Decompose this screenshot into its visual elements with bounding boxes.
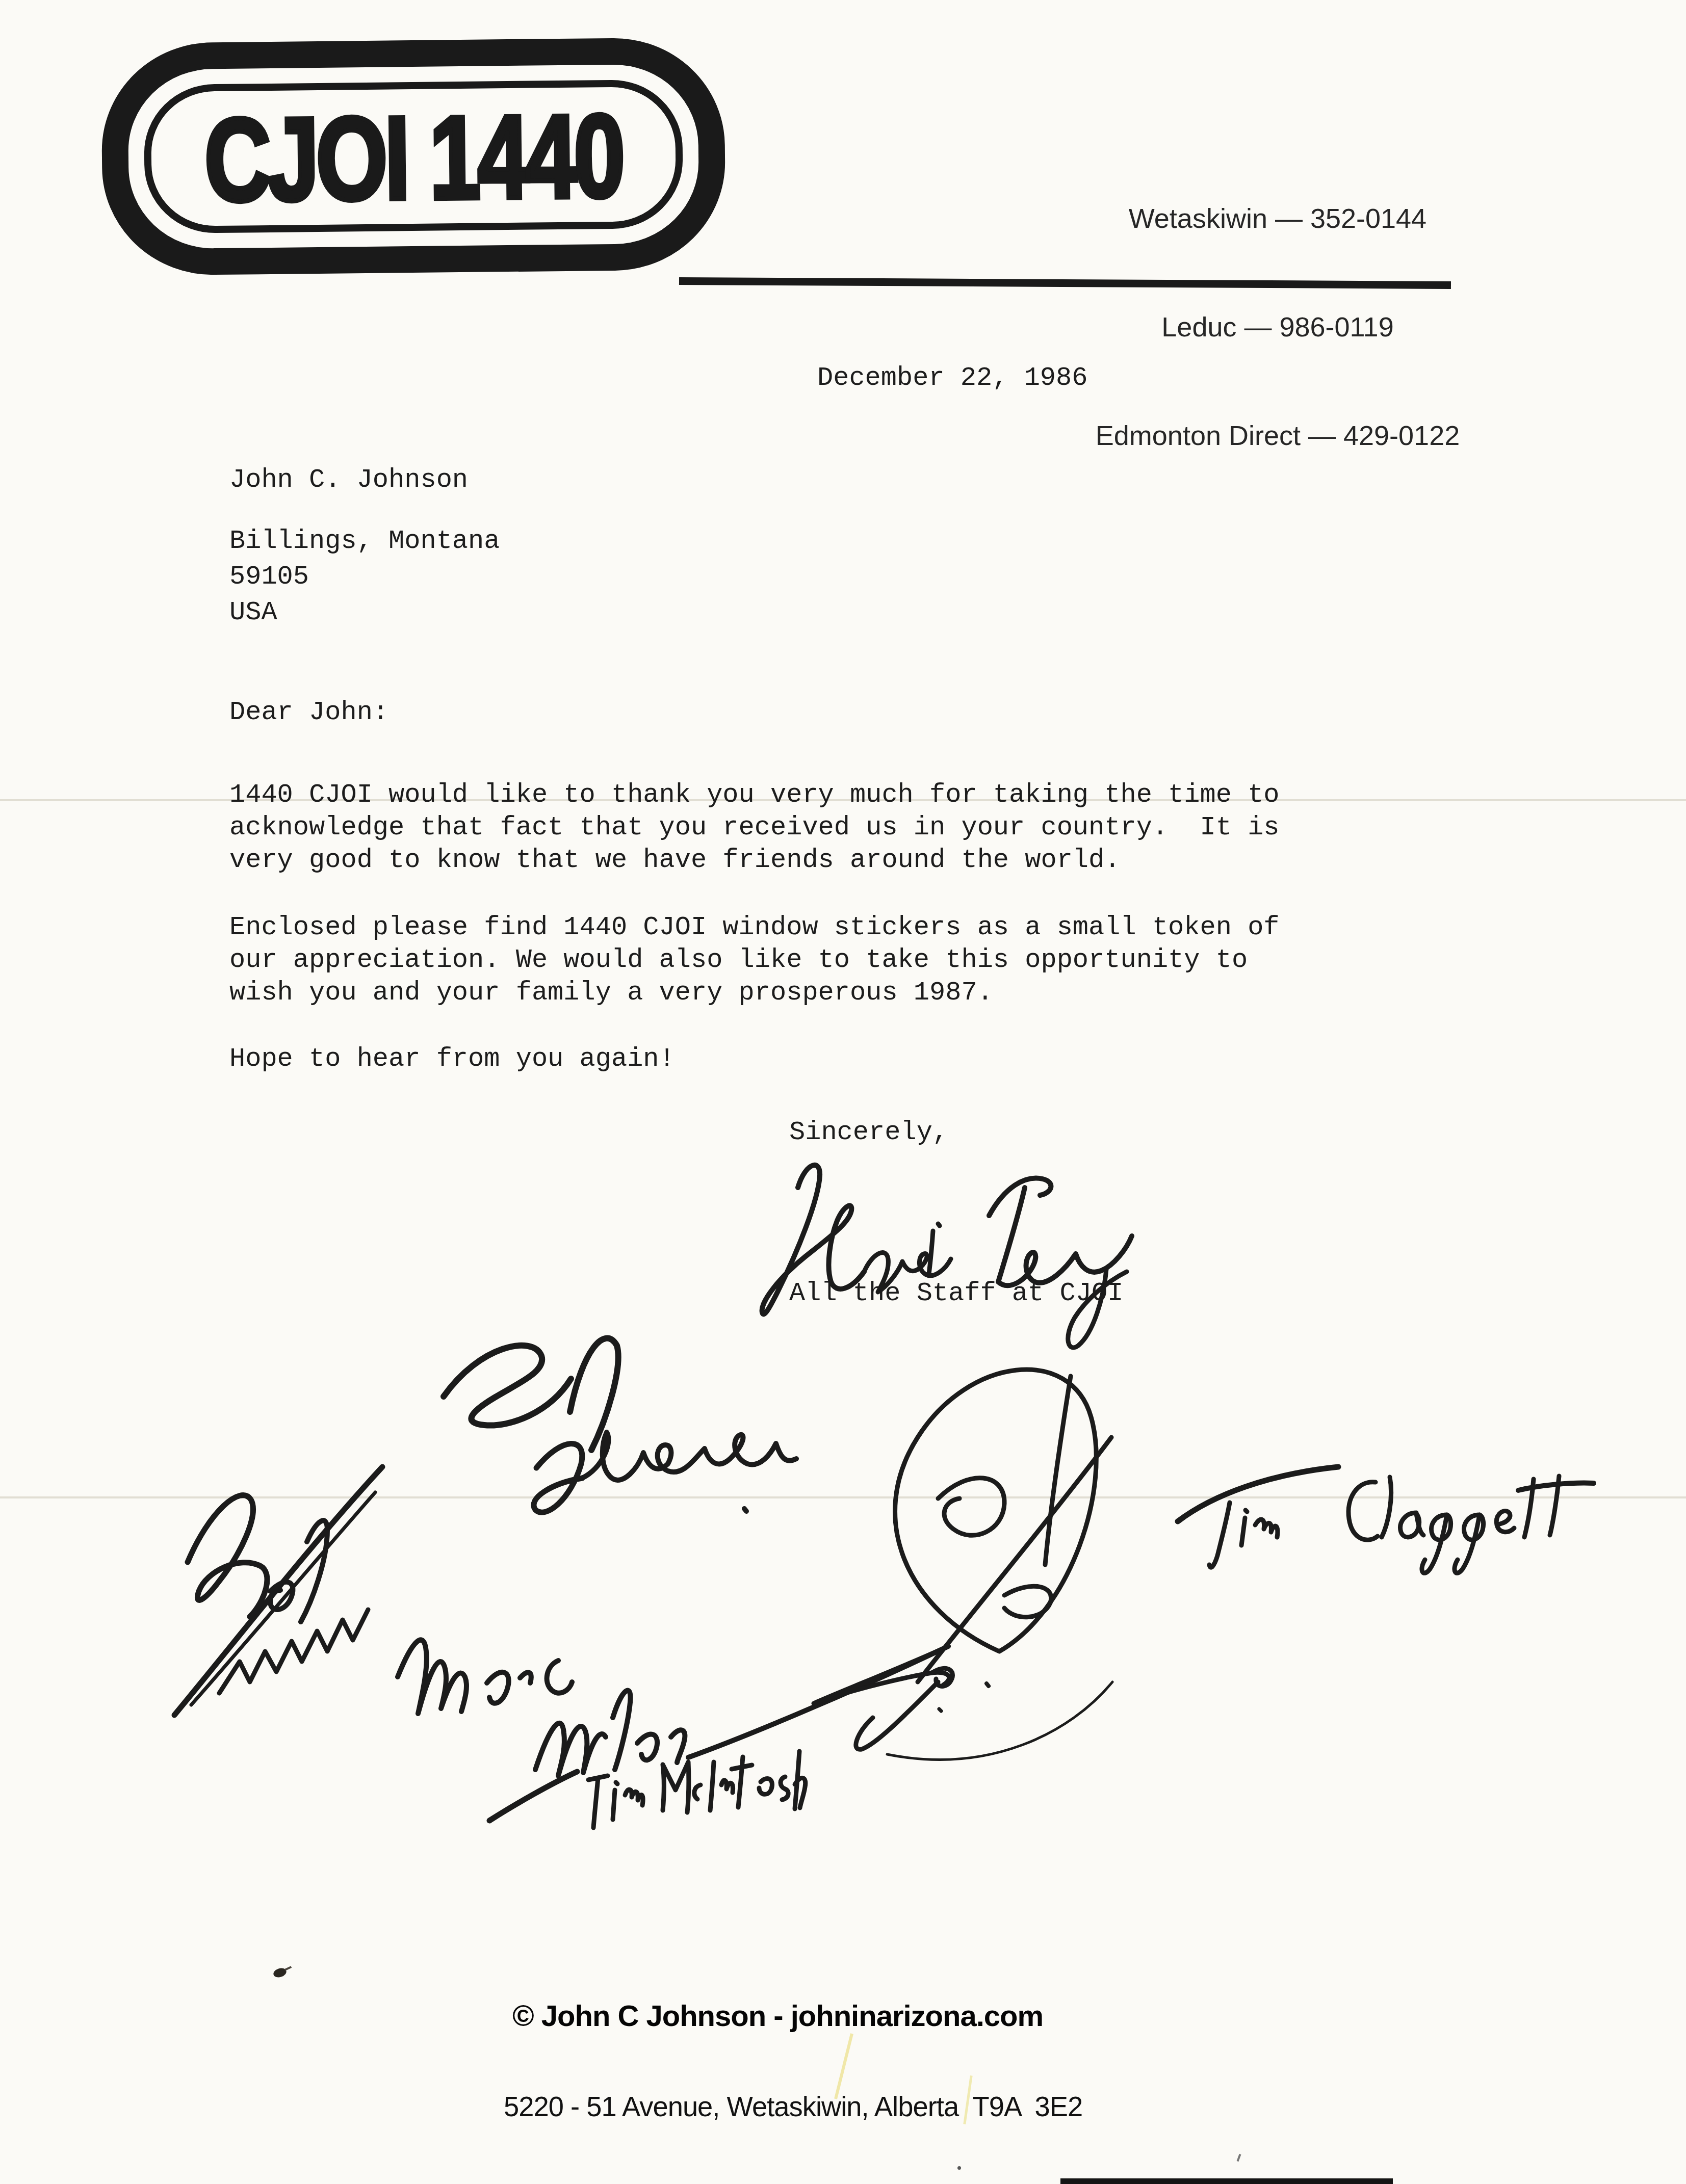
paper-speck-2	[1237, 2154, 1241, 2162]
signature-tim-mcintosh	[474, 1733, 831, 1850]
recipient-city: Billings, Montana	[229, 526, 500, 556]
ink-blot-tail	[284, 1966, 292, 1971]
phone-line-wetaskiwin: Wetaskiwin — 352-0144	[1089, 201, 1466, 237]
recipient-name: John C. Johnson	[229, 465, 468, 495]
letter-date: December 22, 1986	[817, 363, 1088, 393]
cjoi-1440-logo: CJOI 1440	[100, 37, 729, 278]
recipient-zip: 59105	[229, 562, 309, 592]
paragraph2-line2: our appreciation. We would also like to …	[229, 945, 1248, 975]
paragraph1-line1: 1440 CJOI would like to thank you very m…	[229, 780, 1280, 810]
paragraph2-line3: wish you and your family a very prospero…	[229, 978, 993, 1008]
recipient-country: USA	[229, 597, 277, 627]
copyright-watermark: © John C Johnson - johninarizona.com	[512, 1999, 1043, 2033]
paragraph1-line2: acknowledge that fact that you received …	[229, 812, 1280, 843]
phone-line-leduc: Leduc — 986-0119	[1089, 309, 1466, 346]
signature-terry-ehlender	[418, 1315, 806, 1555]
signature-tim-claggett	[1168, 1437, 1596, 1585]
logo-text: CJOI 1440	[203, 90, 622, 226]
paragraph2-line1: Enclosed please find 1440 CJOI window st…	[229, 912, 1280, 942]
phone-line-edmonton: Edmonton Direct — 429-0122	[1089, 418, 1466, 454]
letterhead-phone-numbers: Wetaskiwin — 352-0144 Leduc — 986-0119 E…	[1089, 128, 1466, 527]
paper-speck	[957, 2166, 961, 2170]
scan-edge-strip	[1060, 2178, 1393, 2184]
scanned-letter-page: CJOI 1440 Wetaskiwin — 352-0144 Leduc — …	[0, 0, 1686, 2184]
footer-address: 5220 - 51 Avenue, Wetaskiwin, Alberta T9…	[504, 2090, 1082, 2123]
salutation: Dear John:	[229, 697, 388, 727]
closing-line: Hope to hear from you again!	[229, 1044, 675, 1074]
signature-bob-michaels	[143, 1437, 398, 1728]
paragraph1-line3: very good to know that we have friends a…	[229, 845, 1120, 875]
